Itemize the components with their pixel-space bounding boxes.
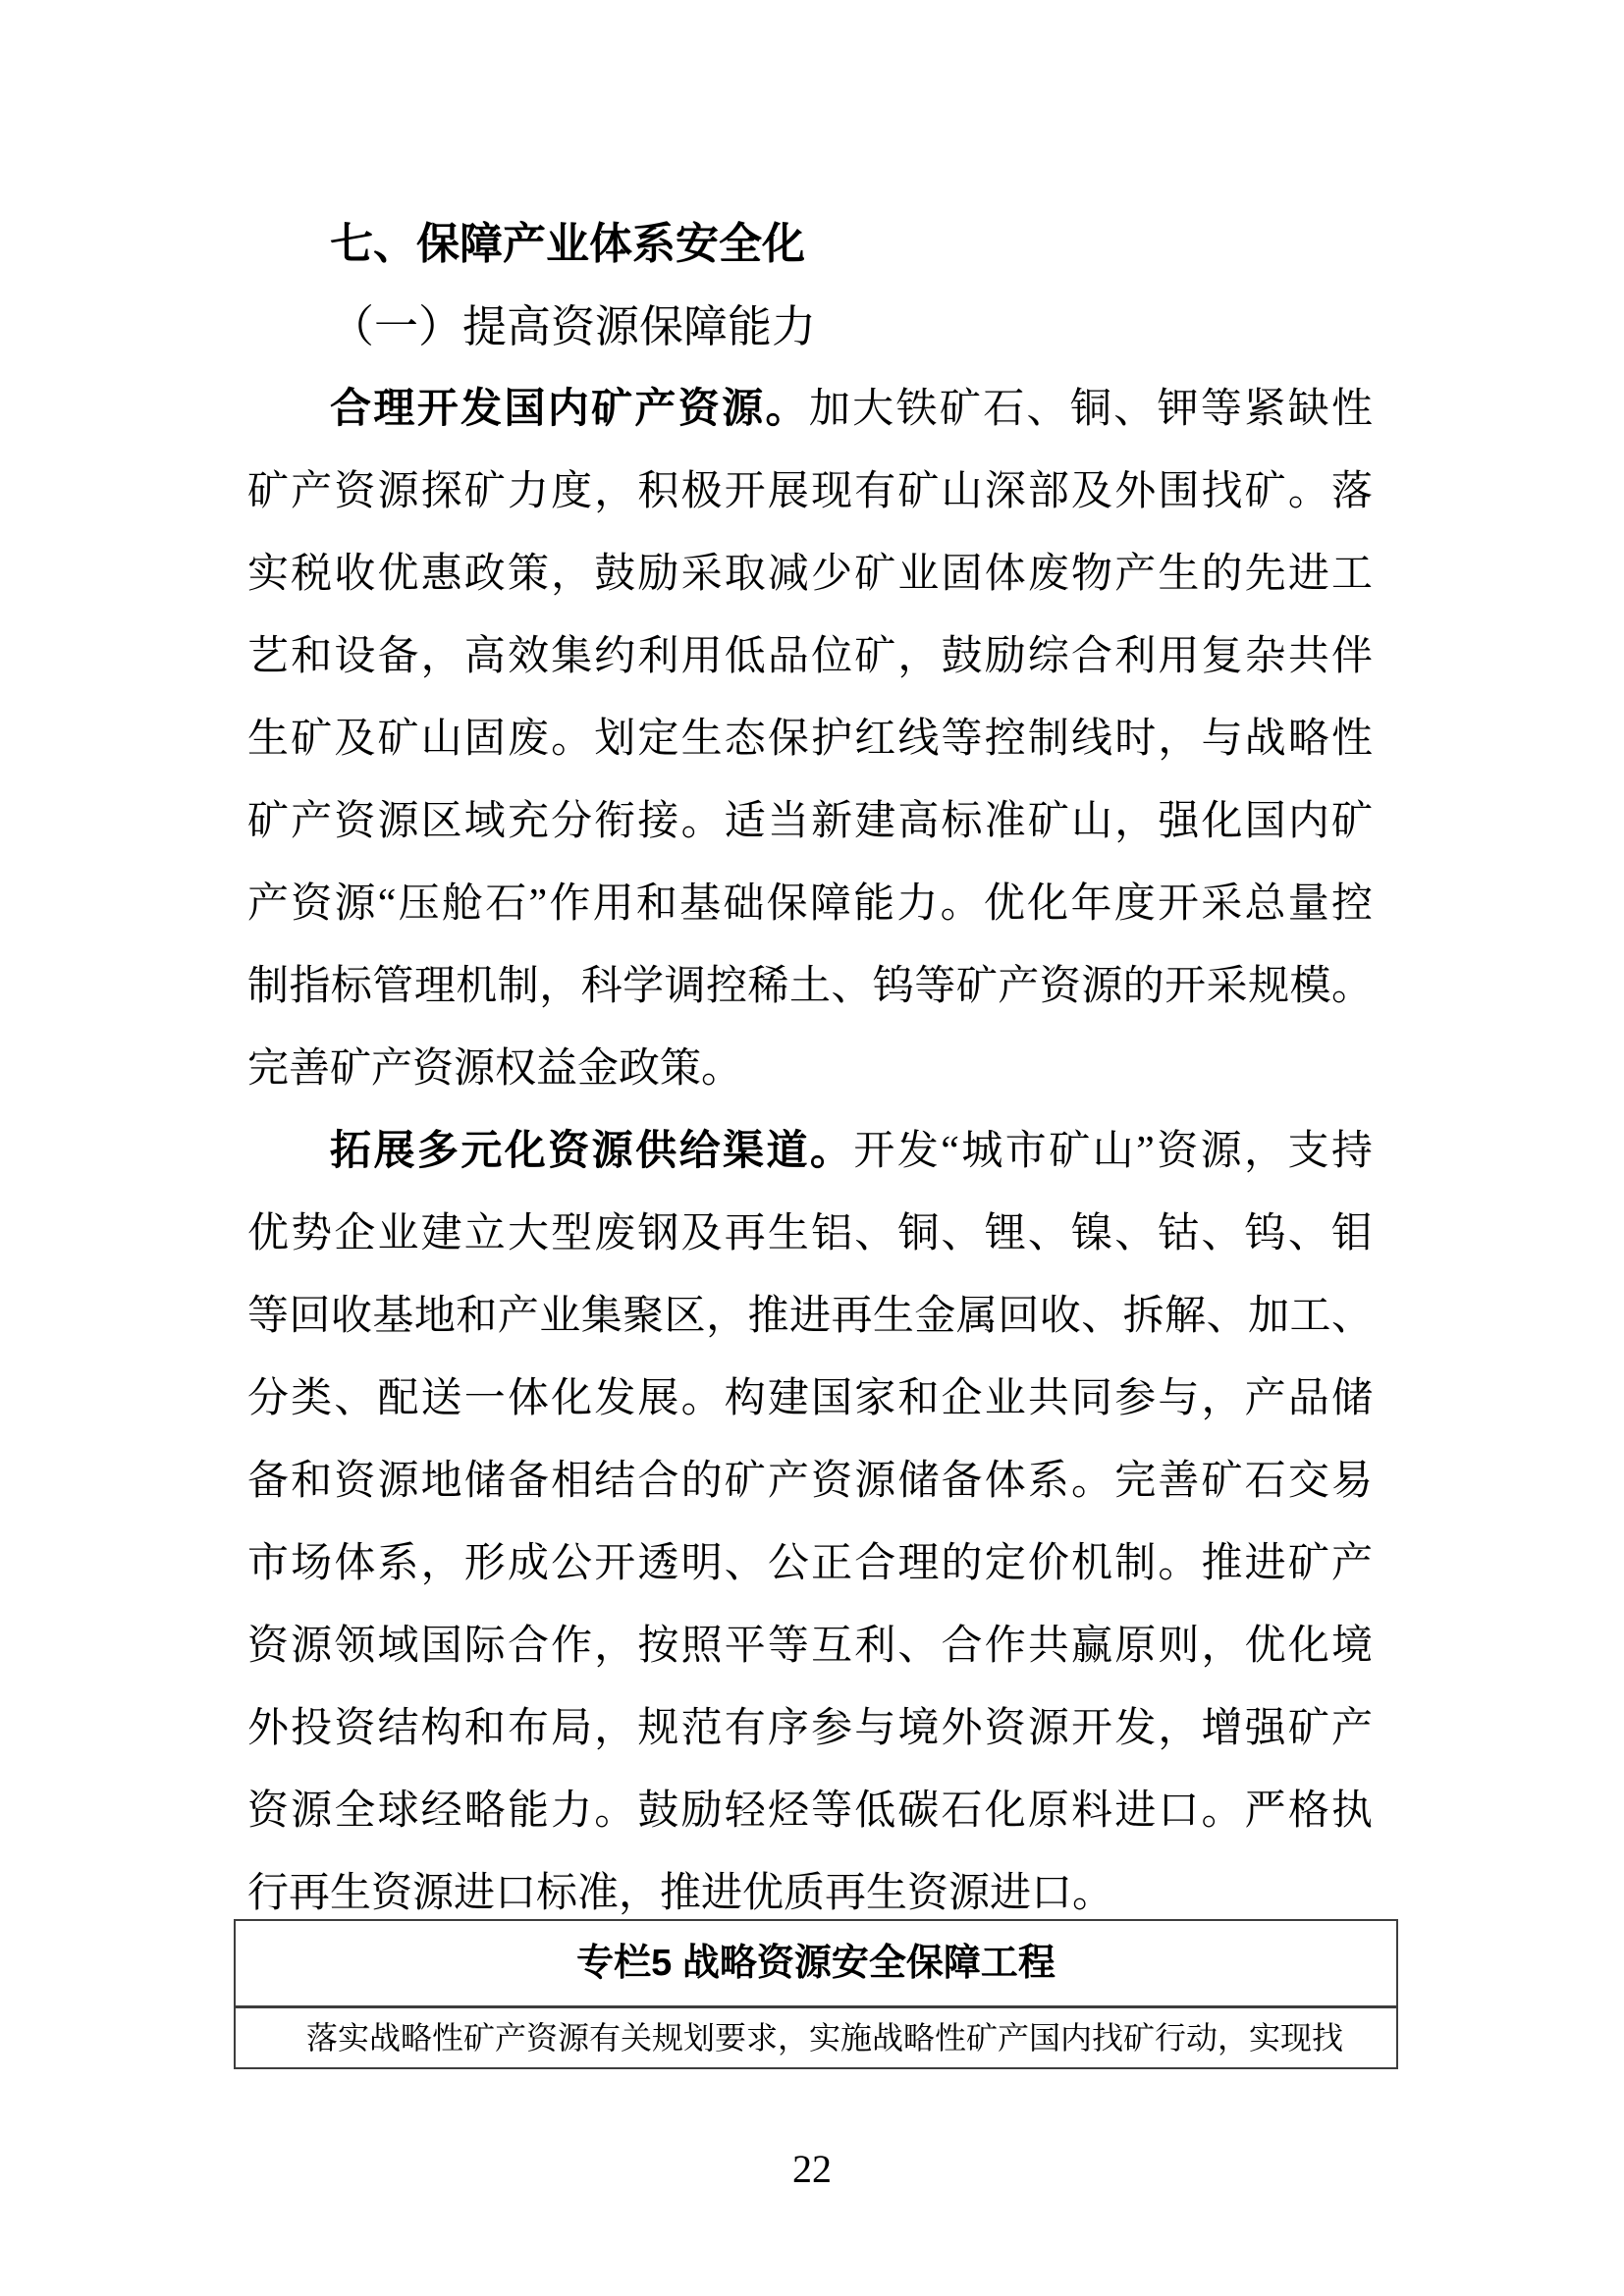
text-line: 市场体系，形成公开透明、公正合理的定价机制。推进矿产 xyxy=(247,1522,1373,1605)
text-line: 优势企业建立大型废钢及再生铝、铜、锂、镍、钴、钨、钼 xyxy=(247,1193,1373,1275)
text-line: 合理开发国内矿产资源。加大铁矿石、铜、钾等紧缺性 xyxy=(247,368,1373,451)
text-line: 艺和设备，高效集约利用低品位矿，鼓励综合利用复杂共伴 xyxy=(247,615,1373,698)
text-line: 备和资源地储备相结合的矿产资源储备体系。完善矿石交易 xyxy=(247,1440,1373,1522)
text-line: 拓展多元化资源供给渠道。开发“城市矿山”资源，支持 xyxy=(247,1110,1373,1193)
section-heading: （一）提高资源保障能力 xyxy=(247,286,1373,368)
page-number: 22 xyxy=(0,2140,1624,2199)
text-line: 生矿及矿山固废。划定生态保护红线等控制线时，与战略性 xyxy=(247,698,1373,780)
special-column-5-panel: 专栏5 战略资源安全保障工程 落实战略性矿产资源有关规划要求，实施战略性矿产国内… xyxy=(234,1919,1398,2069)
panel-body-line: 落实战略性矿产资源有关规划要求，实施战略性矿产国内找矿行动，实现找 xyxy=(236,2008,1396,2067)
text-line: 分类、配送一体化发展。构建国家和企业共同参与，产品储 xyxy=(247,1358,1373,1440)
paragraph-domestic-mineral-development: 合理开发国内矿产资源。加大铁矿石、铜、钾等紧缺性矿产资源探矿力度，积极开展现有矿… xyxy=(247,368,1373,1110)
text-line: 等回收基地和产业集聚区，推进再生金属回收、拆解、加工、 xyxy=(247,1275,1373,1358)
panel-title: 专栏5 战略资源安全保障工程 xyxy=(236,1921,1396,2008)
text-line: 矿产资源区域充分衔接。适当新建高标准矿山，强化国内矿 xyxy=(247,780,1373,863)
text-line: 资源领域国际合作，按照平等互利、合作共赢原则，优化境 xyxy=(247,1605,1373,1687)
chapter-heading: 七、保障产业体系安全化 xyxy=(247,203,1373,286)
text-line: 制指标管理机制，科学调控稀土、钨等矿产资源的开采规模。 xyxy=(247,945,1373,1028)
document-page: 七、保障产业体系安全化 （一）提高资源保障能力 合理开发国内矿产资源。加大铁矿石… xyxy=(0,0,1624,2296)
paragraph-diversified-resource-supply: 拓展多元化资源供给渠道。开发“城市矿山”资源，支持优势企业建立大型废钢及再生铝、… xyxy=(247,1110,1373,1935)
text-column: 七、保障产业体系安全化 （一）提高资源保障能力 合理开发国内矿产资源。加大铁矿石… xyxy=(247,203,1373,1935)
text-line: 资源全球经略能力。鼓励轻烃等低碳石化原料进口。严格执 xyxy=(247,1770,1373,1852)
text-line: 完善矿产资源权益金政策。 xyxy=(247,1028,1373,1110)
text-line: 产资源“压舱石”作用和基础保障能力。优化年度开采总量控 xyxy=(247,863,1373,945)
text-line: 外投资结构和布局，规范有序参与境外资源开发，增强矿产 xyxy=(247,1687,1373,1770)
text-line: 矿产资源探矿力度，积极开展现有矿山深部及外围找矿。落 xyxy=(247,451,1373,533)
text-line: 实税收优惠政策，鼓励采取减少矿业固体废物产生的先进工 xyxy=(247,533,1373,615)
